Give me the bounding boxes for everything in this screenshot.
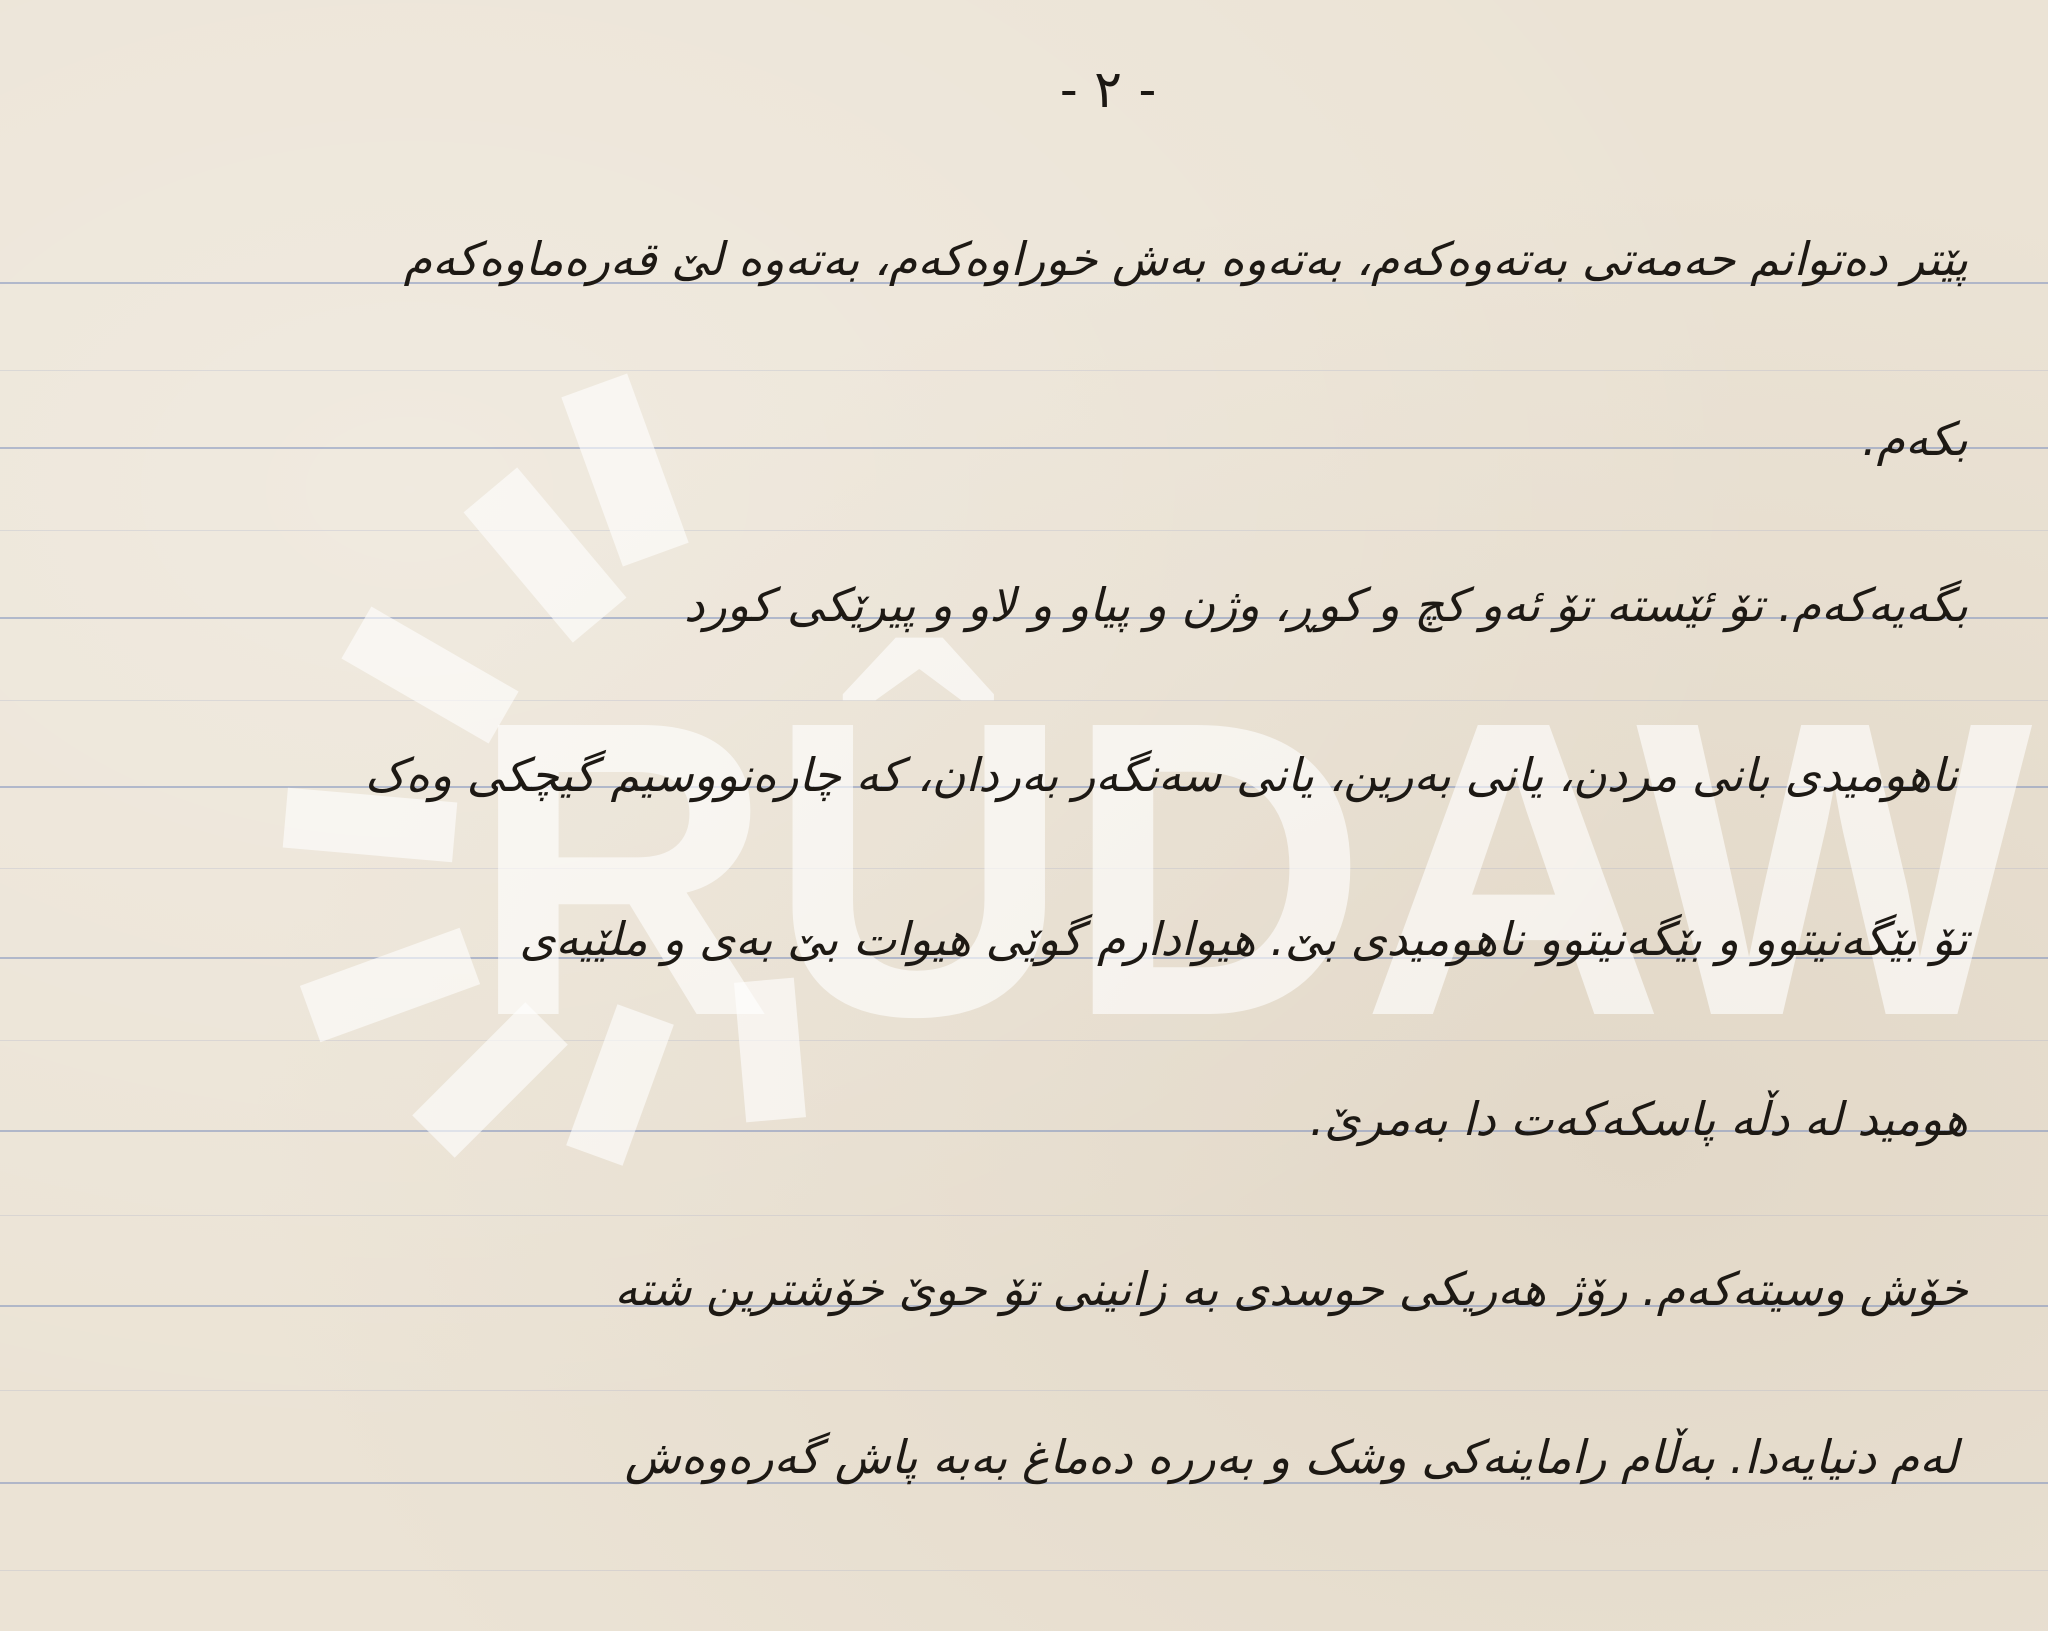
handwritten-line: ناهومیدی بانی مردن، یانی بەرین، یانی سەن… [365,748,1958,802]
watermark-ray-icon [734,978,806,1123]
handwritten-line: خۆش وسیتەکەم. رۆژ هەریکی حوسدی بە زانینی… [614,1262,1968,1316]
scanned-letter-page: RÛDAW - ٢ - پێتر دەتوانم حەمەتی بەتەوەکە… [0,0,2048,1631]
watermark-ray-icon [566,1004,674,1165]
ruled-line [0,1215,2048,1216]
watermark-ray-icon [412,1002,568,1158]
page-number: - ٢ - [1060,60,1156,120]
watermark-ray-icon [300,928,480,1043]
ruled-line [0,700,2048,701]
handwritten-line: هومید لە دڵە پاسکەکەت دا بەمرێ. [1310,1092,1968,1146]
watermark-ray-icon [561,373,688,566]
ruled-line [0,530,2048,531]
ruled-line [0,370,2048,371]
handwritten-line: بگەیەکەم. تۆ ئێستە تۆ ئەو کچ و کوڕ، وژن … [684,578,1968,632]
handwritten-line: پێتر دەتوانم حەمەتی بەتەوەکەم، بەتەوە بە… [404,232,1968,286]
ruled-line [0,868,2048,869]
ruled-line [0,447,2048,449]
ruled-line [0,1390,2048,1391]
handwritten-line: لەم دنیایەدا. بەڵام راماینەکی وشک و بەرر… [625,1430,1958,1484]
watermark-text: RÛDAW [470,660,2026,1080]
ruled-line [0,1040,2048,1041]
ruled-line [0,1570,2048,1571]
handwritten-line: تۆ بێگەنیتوو و بێگەنیتوو ناهومیدی بێ. هی… [519,912,1968,966]
watermark-ray-icon [341,607,518,744]
handwritten-line: بکەم. [1862,412,1968,466]
